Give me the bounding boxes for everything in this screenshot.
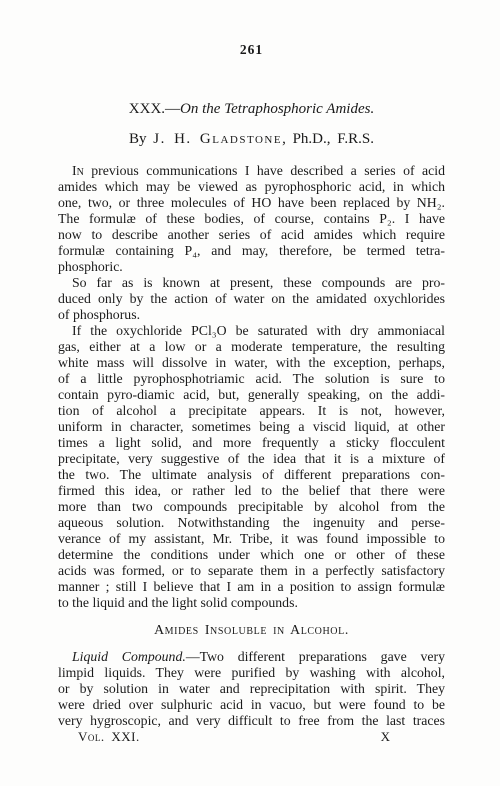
text-line: In previous communications I have descri… [58,163,445,179]
byline-credentials: , Ph.D., F.R.S. [282,131,374,147]
article-body: In previous communications I have descri… [58,163,445,729]
text-line-rest: —Two different preparations gave very [186,649,445,664]
text-line: times a light solid, and more frequently… [58,435,445,451]
page-number: 261 [58,42,445,58]
paragraph-1: In previous communications I have descri… [58,163,445,275]
text-line: to the liquid and the light solid compou… [58,595,445,611]
paragraph-2: So far as is known at present, these com… [58,275,445,323]
text-line: of a little pyrophosphotriamic acid. The… [58,371,445,387]
text-line: were dried over sulphuric acid in vacuo,… [58,697,445,713]
text-line: precipitate, very suggestive of the idea… [58,451,445,467]
text-line: aqueous solution. Notwithstanding the in… [58,515,445,531]
text-line: The formulæ of these bodies, of course, … [58,211,445,227]
text-line: duced only by the action of water on the… [58,291,445,307]
text-line: manner ; still I believe that I am in a … [58,579,445,595]
author-name: J. H. Gladstone [153,131,282,147]
article-title: XXX.—On the Tetraphosphoric Amides. [58,100,445,118]
lead-word: In [72,163,84,178]
journal-page: 261 XXX.—On the Tetraphosphoric Amides. … [0,0,500,786]
text-line: gas, either at a low or a moderate tempe… [58,339,445,355]
text-line: Liquid Compound.—Two different preparati… [58,649,445,665]
text-line: contain pyro-diamic acid, but, generally… [58,387,445,403]
text-line: of phosphorus. [58,307,445,323]
text-line: verance of my assistant, Mr. Tribe, it w… [58,531,445,547]
byline: By J. H. Gladstone, Ph.D., F.R.S. [58,130,445,148]
text-line: amides which may be viewed as pyrophosph… [58,179,445,195]
text-line: very hygroscopic, and very difficult to … [58,713,445,729]
section-heading: Amides Insoluble in Alcohol. [58,622,445,638]
text-line: now to describe another series of acid a… [58,227,445,243]
text-line: If the oxychloride PCl₃O be saturated wi… [58,323,445,339]
volume-label: Vol. XXI. [78,729,140,745]
text-line: acids was formed, or to separate them in… [58,563,445,579]
article-title-text: On the Tetraphosphoric Amides. [180,101,374,117]
text-line: So far as is known at present, these com… [58,275,445,291]
text-line: firmed this idea, or rather led to the b… [58,483,445,499]
page-footer: Vol. XXI. X [58,729,445,745]
text-line: the two. The ultimate analysis of differ… [58,467,445,483]
text-line: white mass will dissolve in water, with … [58,355,445,371]
article-number: XXX.— [129,101,180,117]
text-line: formulæ containing P₄, and may, therefor… [58,243,445,259]
paragraph-3: If the oxychloride PCl₃O be saturated wi… [58,323,445,611]
text-line: or by solution in water and reprecipitat… [58,681,445,697]
byline-prefix: By [129,131,153,147]
text-line: phosphoric. [58,259,445,275]
text-line: more than two compounds precipitable by … [58,499,445,515]
text-line-rest: previous communications I have described… [84,163,445,178]
text-line: limpid liquids. They were purified by wa… [58,665,445,681]
lead-phrase: Liquid Compound. [72,649,186,664]
text-line: determine the conditions under which one… [58,547,445,563]
text-line: one, two, or three molecules of HO have … [58,195,445,211]
text-line: tion of alcohol a precipitate appears. I… [58,403,445,419]
paragraph-4: Liquid Compound.—Two different preparati… [58,649,445,729]
signature-mark: X [381,729,390,745]
text-line: uniform in character, sometimes being a … [58,419,445,435]
